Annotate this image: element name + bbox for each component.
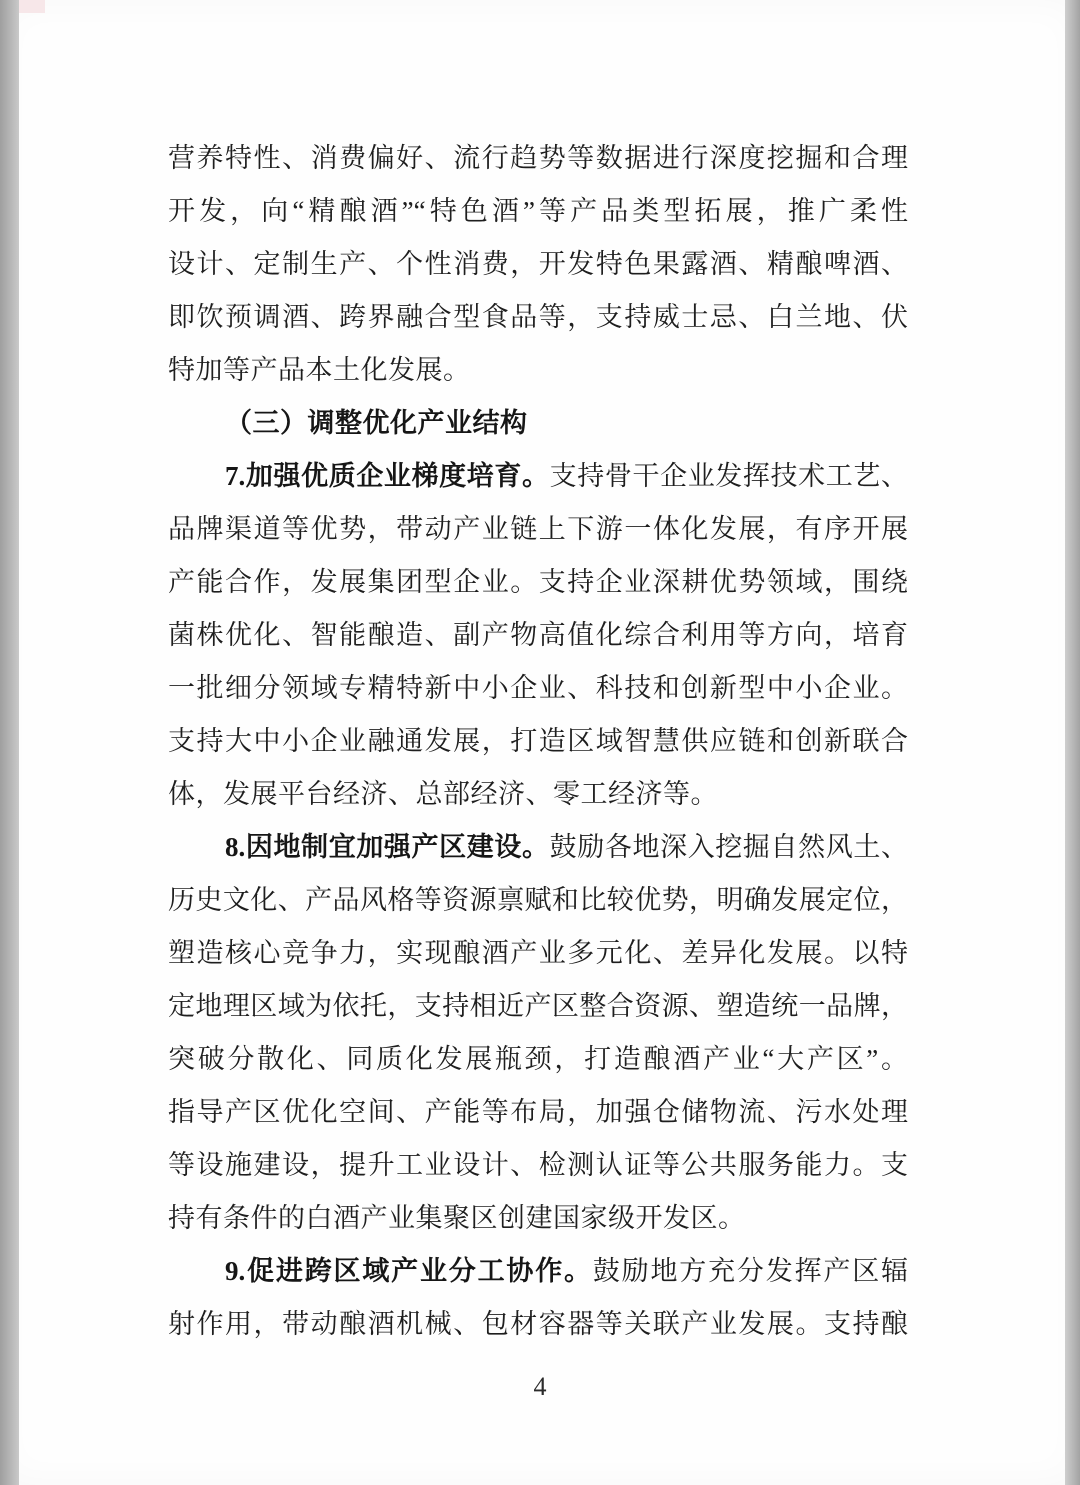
line-text: 鼓励各地深入挖掘自然风土、 — [550, 832, 908, 862]
text-line: 菌株优化、智能酿造、副产物高值化综合利用等方向，培育 — [168, 609, 908, 662]
text-line: 开发，向“精酿酒”“特色酒”等产品类型拓展，推广柔性 — [168, 185, 908, 238]
text-line: 支持大中小企业融通发展，打造区域智慧供应链和创新联合 — [168, 715, 908, 768]
text-line: 营养特性、消费偏好、流行趋势等数据进行深度挖掘和合理 — [168, 132, 908, 185]
line-text: 支持大中小企业融通发展，打造区域智慧供应链和创新联合 — [168, 726, 908, 756]
text-line: 体，发展平台经济、总部经济、零工经济等。 — [168, 768, 908, 821]
line-text: 突破分散化、同质化发展瓶颈，打造酿酒产业“大产区”。 — [168, 1044, 908, 1074]
text-line: 历史文化、产品风格等资源禀赋和比较优势，明确发展定位， — [168, 874, 908, 927]
text-line: 突破分散化、同质化发展瓶颈，打造酿酒产业“大产区”。 — [168, 1033, 908, 1086]
line-text: 塑造核心竞争力，实现酿酒产业多元化、差异化发展。以特 — [168, 938, 908, 968]
line-text: 一批细分领域专精特新中小企业、科技和创新型中小企业。 — [168, 673, 908, 703]
run-in-heading: 9.促进跨区域产业分工协作。 — [225, 1256, 593, 1286]
line-text: 定地理区域为依托，支持相近产区整合资源、塑造统一品牌， — [168, 991, 908, 1021]
scan-edge-left — [0, 0, 19, 1485]
line-text: 即饮预调酒、跨界融合型食品等，支持威士忌、白兰地、伏 — [168, 302, 908, 332]
line-text: 开发，向“精酿酒”“特色酒”等产品类型拓展，推广柔性 — [168, 196, 908, 226]
line-text: 营养特性、消费偏好、流行趋势等数据进行深度挖掘和合理 — [168, 143, 908, 173]
line-text: 支持骨干企业发挥技术工艺、 — [550, 461, 908, 491]
run-in-heading: 8.因地制宜加强产区建设。 — [225, 832, 550, 862]
text-line: 射作用，带动酿酒机械、包材容器等关联产业发展。支持酿 — [168, 1298, 908, 1351]
text-line: 设计、定制生产、个性消费，开发特色果露酒、精酿啤酒、 — [168, 238, 908, 291]
text-line: 一批细分领域专精特新中小企业、科技和创新型中小企业。 — [168, 662, 908, 715]
line-text: 体，发展平台经济、总部经济、零工经济等。 — [168, 779, 718, 809]
line-text: 品牌渠道等优势，带动产业链上下游一体化发展，有序开展 — [168, 514, 908, 544]
line-text: 射作用，带动酿酒机械、包材容器等关联产业发展。支持酿 — [168, 1309, 908, 1339]
page-number: 4 — [0, 1367, 1080, 1407]
text-line: 塑造核心竞争力，实现酿酒产业多元化、差异化发展。以特 — [168, 927, 908, 980]
text-line: 产能合作，发展集团型企业。支持企业深耕优势领域，围绕 — [168, 556, 908, 609]
text-line: 定地理区域为依托，支持相近产区整合资源、塑造统一品牌， — [168, 980, 908, 1033]
run-in-heading: 7.加强优质企业梯度培育。 — [225, 461, 550, 491]
paragraph-start-line: 7.加强优质企业梯度培育。支持骨干企业发挥技术工艺、 — [168, 450, 908, 503]
run-in-heading: （三）调整优化产业结构 — [225, 408, 528, 438]
line-text: 持有条件的白酒产业集聚区创建国家级开发区。 — [168, 1203, 746, 1233]
line-text: 菌株优化、智能酿造、副产物高值化综合利用等方向，培育 — [168, 620, 908, 650]
scanned-document-page: 营养特性、消费偏好、流行趋势等数据进行深度挖掘和合理开发，向“精酿酒”“特色酒”… — [0, 0, 1080, 1485]
line-text: 等设施建设，提升工业设计、检测认证等公共服务能力。支 — [168, 1150, 908, 1180]
scan-corner-mark — [19, 0, 45, 13]
line-text: 产能合作，发展集团型企业。支持企业深耕优势领域，围绕 — [168, 567, 908, 597]
line-text: 特加等产品本土化发展。 — [168, 355, 471, 385]
paragraph-start-line: （三）调整优化产业结构 — [168, 397, 908, 450]
document-body: 营养特性、消费偏好、流行趋势等数据进行深度挖掘和合理开发，向“精酿酒”“特色酒”… — [168, 132, 908, 1351]
text-line: 指导产区优化空间、产能等布局，加强仓储物流、污水处理 — [168, 1086, 908, 1139]
paragraph-start-line: 8.因地制宜加强产区建设。鼓励各地深入挖掘自然风土、 — [168, 821, 908, 874]
text-line: 特加等产品本土化发展。 — [168, 344, 908, 397]
paragraph-start-line: 9.促进跨区域产业分工协作。鼓励地方充分发挥产区辐 — [168, 1245, 908, 1298]
scan-edge-right — [1065, 0, 1080, 1485]
line-text: 设计、定制生产、个性消费，开发特色果露酒、精酿啤酒、 — [168, 249, 908, 279]
text-line: 即饮预调酒、跨界融合型食品等，支持威士忌、白兰地、伏 — [168, 291, 908, 344]
text-line: 品牌渠道等优势，带动产业链上下游一体化发展，有序开展 — [168, 503, 908, 556]
line-text: 指导产区优化空间、产能等布局，加强仓储物流、污水处理 — [168, 1097, 908, 1127]
text-line: 等设施建设，提升工业设计、检测认证等公共服务能力。支 — [168, 1139, 908, 1192]
line-text: 历史文化、产品风格等资源禀赋和比较优势，明确发展定位， — [168, 885, 908, 915]
text-line: 持有条件的白酒产业集聚区创建国家级开发区。 — [168, 1192, 908, 1245]
line-text: 鼓励地方充分发挥产区辐 — [593, 1256, 908, 1286]
